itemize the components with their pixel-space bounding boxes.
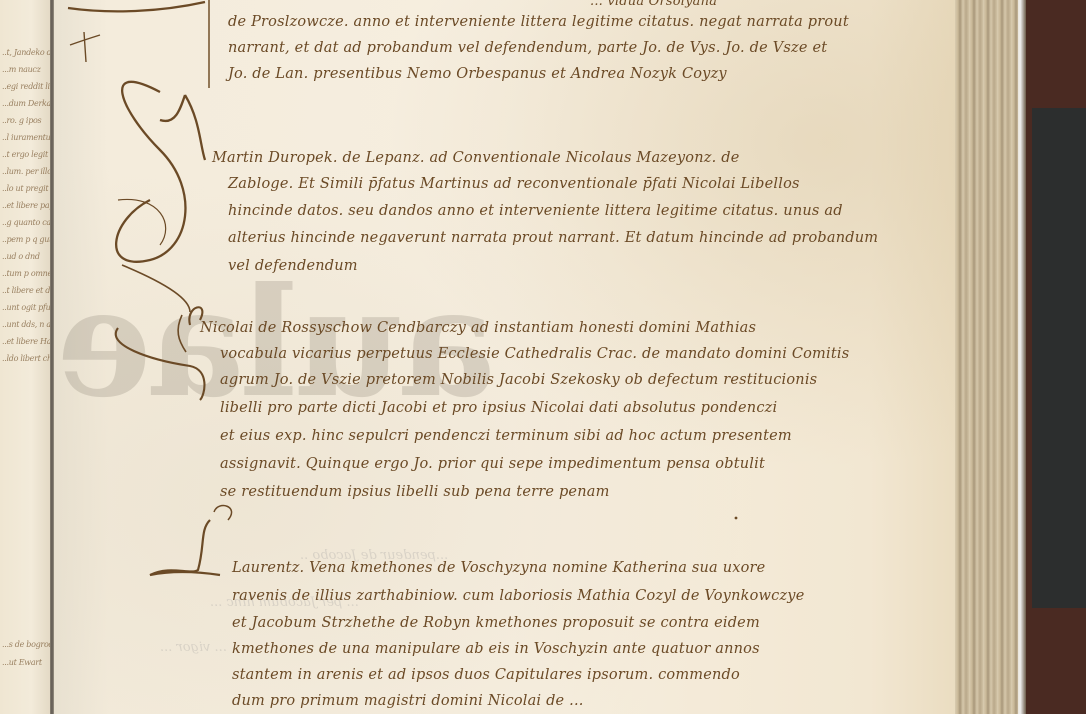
text-line: ... vidua Orsolyana <box>590 0 717 9</box>
text-line: hincinde datos. seu dandos anno et inter… <box>228 203 843 219</box>
cross-mark-icon <box>70 32 100 62</box>
text-line: assignavit. Quinque ergo Jo. prior qui s… <box>220 456 765 472</box>
text-line: se restituendum ipsius libelli sub pena … <box>220 484 610 500</box>
text-line: stantem in arenis et ad ipsos duos Capit… <box>232 667 740 683</box>
text-line: libelli pro parte dicti Jacobi et pro ip… <box>220 400 777 416</box>
text-line: agrum Jo. de Vszie pretorem Nobilis Jaco… <box>220 372 817 388</box>
page-fore-edge <box>955 0 1027 714</box>
page-edge-highlight <box>1018 0 1026 714</box>
text-line: kmethones de una manipulare ab eis in Vo… <box>232 641 760 657</box>
text-line: Nicolai de Rossyschow Cendbarczy ad inst… <box>200 320 756 336</box>
text-line: vel defendendum <box>228 258 358 274</box>
text-line: Laurentz. Vena kmethones de Voschyzyna n… <box>232 560 765 576</box>
text-line: et eius exp. hinc sepulcri pendenczi ter… <box>220 428 792 444</box>
text-line: narrant, et dat ad probandum vel defende… <box>228 40 827 56</box>
text-line: dum pro primum magistri domini Nicolai d… <box>232 693 584 709</box>
text-line: Zabloge. Et Simili p̄fatus Martinus ad r… <box>228 176 800 192</box>
manuscript-scene: ..t, Jandeko de...m naucz..egi reddit li… <box>0 0 1086 714</box>
text-line: Jo. de Lan. presentibus Nemo Orbespanus … <box>228 66 727 82</box>
text-line: vocabula vicarius perpetuus Ecclesie Cat… <box>220 346 849 362</box>
text-line: alterius hincinde negaverunt narrata pro… <box>228 230 878 246</box>
binding-dark-panel <box>1032 108 1086 608</box>
text-line: Martin Duropek. de Lepanz. ad Convention… <box>212 150 740 166</box>
text-line: de Proslzowcze. anno et interveniente li… <box>228 14 849 30</box>
text-line: ravenis de illius zarthabiniow. cum labo… <box>232 588 804 604</box>
text-line: et Jacobum Strzhethe de Robyn kmethones … <box>232 615 760 631</box>
